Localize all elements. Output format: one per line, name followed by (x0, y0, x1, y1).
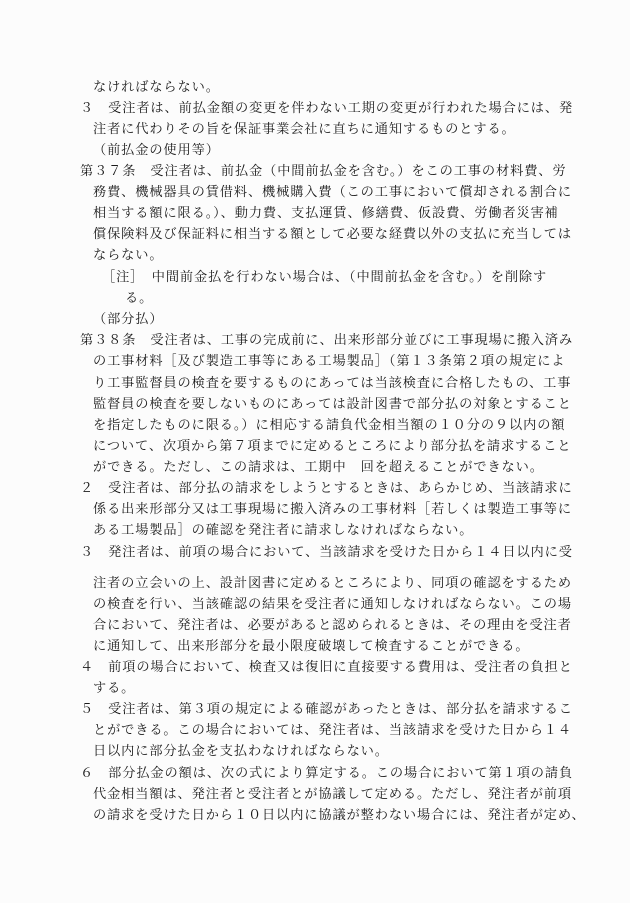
text-line: とができる。この場合においては、発注者は、当該請求を受けた日から１４ (93, 723, 572, 739)
text-line: ができる。ただし、この請求は、工期中 回を超えることができない。 (93, 460, 544, 476)
text-line: ５ 受注者は、第３項の規定による確認があったときは、部分払を請求するこ (80, 702, 573, 718)
text-line: 監督員の検査を要しないものにあっては設計図書で部分払の対象とすること (93, 397, 572, 413)
text-line: 償保険料及び保証料に相当する額として必要な経費以外の支払に充当しては (93, 227, 572, 243)
text-line: を指定したものに限る。）に相応する請負代金相当額の１０分の９以内の額 (93, 418, 565, 434)
text-line: について、次項から第７項までに定めるところにより部分払を請求すること (93, 439, 571, 455)
document-page: なければならない。３ 受注者は、前払金額の変更を伴わない工期の変更が行われた場合… (0, 0, 630, 903)
text-line: り工事監督員の検査を要するものにあっては当該検査に合格したもの、工事 (93, 376, 571, 392)
text-line: ある工場製品］の確認を発注者に請求しなければならない。 (93, 523, 473, 539)
text-line: 注者の立会いの上、設計図書に定めるところにより、同項の確認をするため (93, 576, 572, 592)
text-line: る。 (125, 291, 153, 307)
text-line: ３ 発注者は、前項の場合において、当該請求を受けた日から１４日以内に受 (80, 545, 573, 561)
text-line: 日以内に部分払金を支払わなければならない。 (93, 744, 389, 760)
text-line: （部分払） (93, 312, 163, 328)
text-line: 第３７条 受注者は、前払金（中間前払金を含む。）をこの工事の材料費、労 (80, 164, 566, 180)
text-line: の請求を受けた日から１０日以内に協議が整わない場合には、発注者が定め、 (93, 808, 586, 824)
text-line: の検査を行い、当該確認の結果を受注者に通知しなければならない。この場 (93, 597, 572, 613)
text-line: ならない。 (93, 248, 163, 264)
text-line: 代金相当額は、発注者と受注者とが協議して定める。ただし、発注者が前項 (93, 787, 572, 803)
text-line: なければならない。 (93, 80, 220, 96)
text-line: 第３８条 受注者は、工事の完成前に、出来形部分並びに工事現場に搬入済み (80, 333, 573, 349)
text-line: に通知して、出来形部分を最小限度破壊して検査することができる。 (93, 639, 529, 655)
text-line: ［注］ 中間前金払を行わない場合は、（中間前払金を含む。）を削除す (102, 270, 547, 286)
text-line: ６ 部分払金の額は、次の式により算定する。この場合において第１項の請負 (80, 766, 573, 782)
text-line: 務費、機械器具の賃借料、機械購入費（この工事において償却される割合に (93, 185, 572, 201)
text-line: 注者に代わりその旨を保証事業会社に直ちに通知するものとする。 (93, 122, 516, 138)
text-line: 係る出来形部分又は工事現場に搬入済みの工事材料［若しくは製造工事等に (93, 502, 572, 518)
text-line: ３ 受注者は、前払金額の変更を伴わない工期の変更が行われた場合には、発 (80, 101, 573, 117)
text-line: （前払金の使用等） (93, 143, 220, 159)
text-line: の工事材料［及び製造工事等にある工場製品］（第１３条第２項の規定によ (93, 354, 565, 370)
text-line: ２ 受注者は、部分払の請求をしようとするときは、あらかじめ、当該請求に (80, 481, 573, 497)
text-line: 相当する額に限る。）、動力費、支払運賃、修繕費、仮設費、労働者災害補 (93, 206, 559, 222)
text-line: する。 (93, 681, 135, 697)
text-line: 合において、発注者は、必要があると認められるときは、その理由を受注者 (93, 618, 572, 634)
text-line: ４ 前項の場合において、検査又は復旧に直接要する費用は、受注者の負担と (80, 660, 573, 676)
